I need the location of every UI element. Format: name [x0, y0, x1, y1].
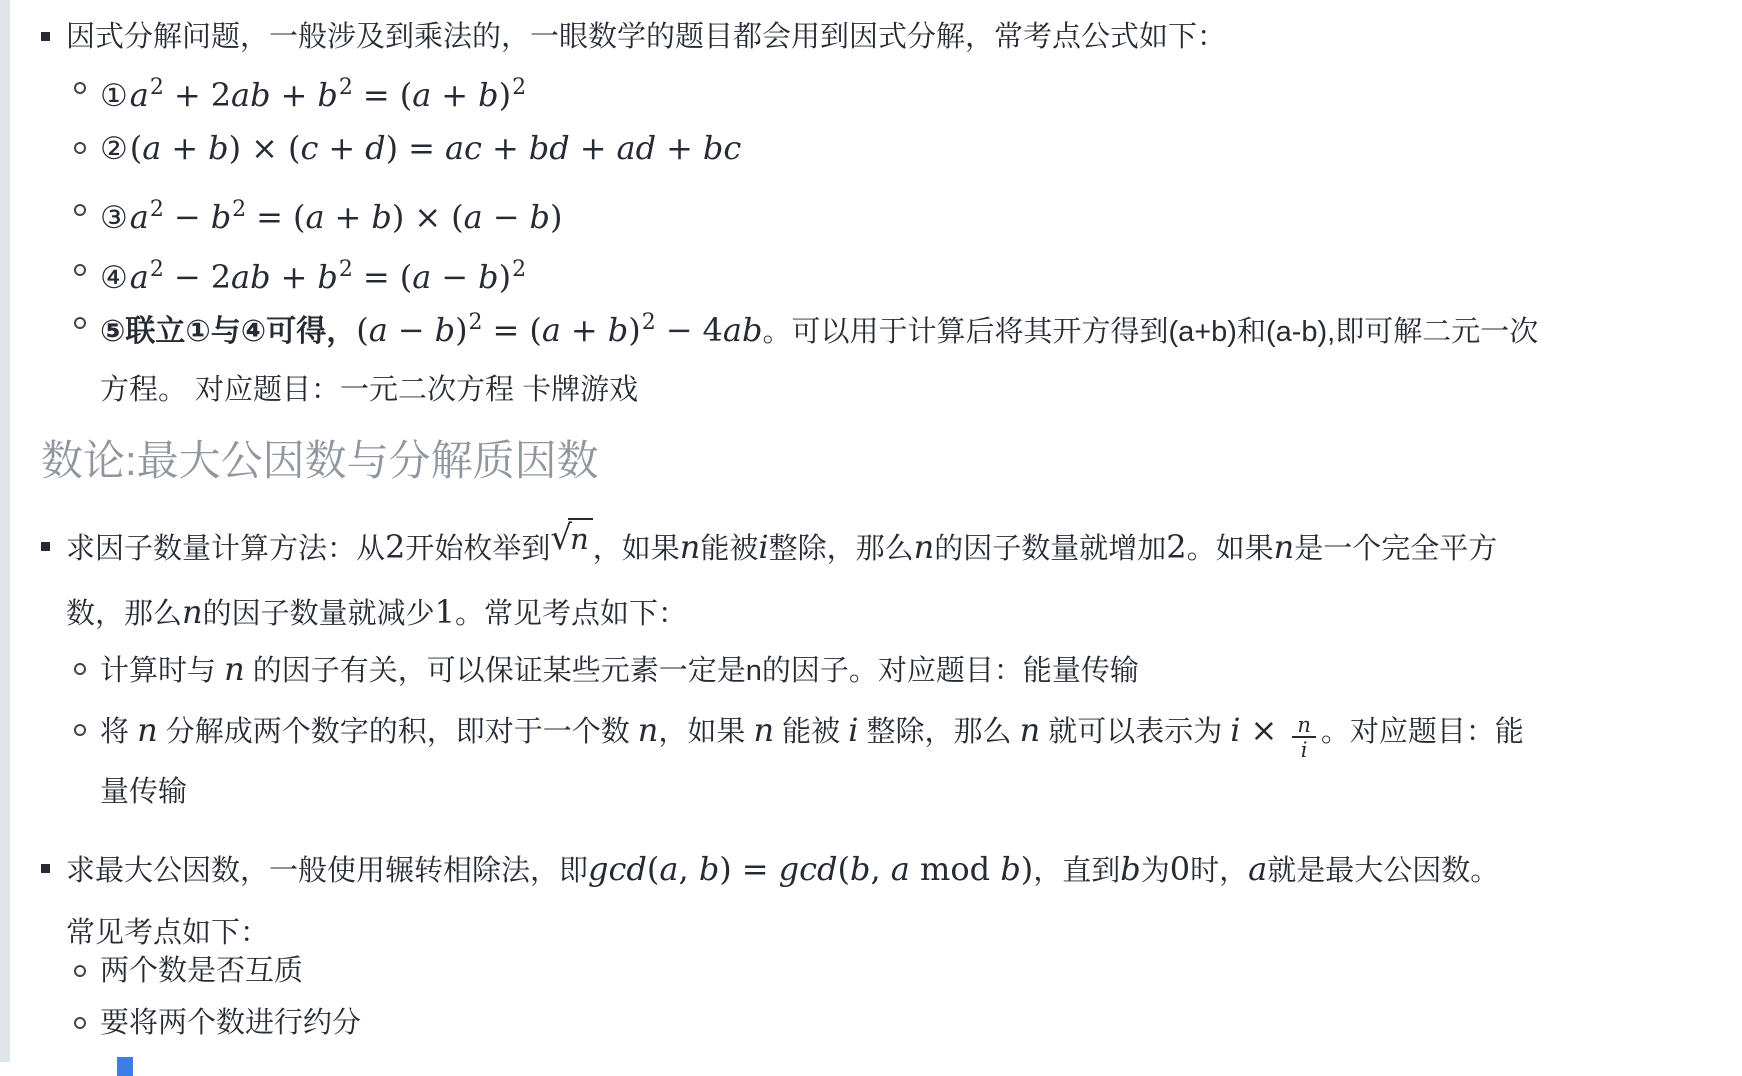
- math-segment: a: [542, 311, 561, 349]
- math-segment: ④: [100, 260, 128, 295]
- math-segment: 2: [512, 257, 526, 282]
- math-segment: d: [365, 129, 385, 167]
- list-item-text: 因式分解问题，一般涉及到乘法的，一眼数学的题目都会用到因式分解，常考点公式如下：: [66, 21, 1226, 53]
- math-segment: (: [451, 198, 463, 236]
- math-segment: n: [182, 593, 203, 631]
- math-segment: a: [130, 76, 149, 114]
- math-segment: +: [441, 76, 468, 114]
- math-segment: a: [369, 311, 388, 349]
- list-item-factorization-intro: 因式分解问题，一般涉及到乘法的，一眼数学的题目都会用到因式分解，常考点公式如下：: [66, 16, 1496, 58]
- math-segment: 整除，那么: [858, 716, 1019, 748]
- math-segment: gcd: [779, 850, 838, 888]
- math-segment: =: [256, 198, 283, 236]
- math-segment: a: [464, 198, 483, 236]
- math-segment: bc: [703, 129, 741, 167]
- formula-text: ①a2+2ab+b2=(a+b)2: [100, 81, 526, 113]
- math-segment: a: [1248, 850, 1267, 888]
- math-segment: (: [130, 129, 142, 167]
- math-segment: b: [211, 198, 231, 236]
- math-segment: n: [1274, 528, 1295, 566]
- math-segment: 时，: [1190, 855, 1248, 887]
- math-segment: 的因子数量就减少: [203, 598, 435, 630]
- math-segment: a: [130, 258, 149, 296]
- math-segment: ×: [414, 198, 441, 236]
- bullet-circle-marker: [74, 142, 86, 154]
- math-segment: 0: [1170, 850, 1190, 888]
- bullet-circle-marker: [74, 317, 86, 329]
- math-segment: +: [666, 129, 693, 167]
- bullet-circle-marker: [74, 264, 86, 276]
- math-segment: 求最大公因数，一般使用辗转相除法，即: [66, 855, 588, 887]
- list-item-factor-count-method: 求因子数量计算方法：从2开始枚举到√n，如果n能被i整除，那么n的因子数量就增加…: [66, 516, 1502, 646]
- math-segment: ,: [678, 850, 698, 888]
- math-segment: 整除，那么: [769, 533, 914, 565]
- math-segment: (: [529, 311, 541, 349]
- math-segment: 计算时与: [100, 655, 224, 687]
- math-segment: a: [891, 850, 910, 888]
- list-item-gcd-point-reduce-fraction: 要将两个数进行约分: [100, 1002, 361, 1044]
- math-segment: ): [386, 129, 398, 167]
- math-segment: ，如果: [593, 533, 680, 565]
- math-segment: ): [719, 850, 731, 888]
- math-segment: a: [142, 129, 161, 167]
- math-segment: 2: [512, 75, 526, 100]
- math-segment: ,: [870, 850, 890, 888]
- bullet-circle-marker: [74, 663, 86, 675]
- math-segment: b: [371, 198, 391, 236]
- list-item-text: 求因子数量计算方法：从2开始枚举到√n，如果n能被i整除，那么n的因子数量就增加…: [66, 533, 1497, 630]
- bullet-square-marker: [41, 864, 50, 873]
- math-segment: =: [363, 258, 390, 296]
- math-segment: gcd: [588, 850, 647, 888]
- math-segment: 2: [339, 75, 353, 100]
- list-item-gcd-point-coprime: 两个数是否互质: [100, 950, 303, 992]
- math-segment: b: [317, 258, 337, 296]
- math-segment: 2: [150, 257, 164, 282]
- math-segment: 4: [703, 311, 723, 349]
- math-segment: ab: [723, 311, 763, 349]
- scrollbar-track[interactable]: [0, 0, 10, 1062]
- math-segment: ): [499, 258, 511, 296]
- math-segment: 2: [211, 258, 231, 296]
- list-item-factor-point-a: 计算时与 n 的因子有关，可以保证某些元素一定是n的因子。对应题目：能量传输: [100, 648, 1540, 692]
- math-segment: −: [441, 258, 468, 296]
- math-segment: −: [174, 198, 201, 236]
- list-item-text: 两个数是否互质: [100, 955, 303, 987]
- math-segment: ad: [617, 129, 657, 167]
- math-segment: 开始枚举到: [405, 533, 550, 565]
- math-segment: b: [608, 311, 628, 349]
- math-segment: 为: [1141, 855, 1170, 887]
- math-segment: ，如果: [658, 716, 753, 748]
- list-item-text: 要将两个数进行约分: [100, 1007, 361, 1039]
- math-segment: =: [493, 311, 520, 349]
- cropped-blue-element[interactable]: [117, 1057, 133, 1076]
- math-segment: ③: [100, 200, 128, 235]
- math-segment: b: [850, 850, 870, 888]
- math-segment: a: [130, 198, 149, 236]
- math-segment: b: [530, 198, 550, 236]
- math-segment: mod: [910, 850, 1000, 888]
- math-segment: c: [300, 129, 318, 167]
- math-segment: ): [455, 311, 467, 349]
- math-segment: +: [281, 76, 308, 114]
- math-segment: ): [392, 198, 404, 236]
- math-segment: i: [758, 528, 768, 566]
- math-segment: 求因子数量计算方法：从: [66, 533, 385, 565]
- math-segment: (: [400, 258, 412, 296]
- math-segment: a: [659, 850, 678, 888]
- math-segment: +: [580, 129, 607, 167]
- math-segment: 2: [385, 528, 405, 566]
- math-segment: ②: [100, 131, 128, 166]
- math-segment: 2: [150, 75, 164, 100]
- math-segment: 分解成两个数字的积，即对于一个数: [158, 716, 638, 748]
- bullet-circle-marker: [74, 965, 86, 977]
- math-segment: ): [628, 311, 640, 349]
- math-segment: (: [356, 311, 368, 349]
- math-segment: +: [281, 258, 308, 296]
- math-segment: 2: [339, 257, 353, 282]
- math-segment: 1: [435, 593, 455, 631]
- math-segment: 2: [469, 310, 483, 335]
- fraction: ni: [1292, 714, 1316, 762]
- math-segment: n: [224, 650, 245, 688]
- heading-number-theory: 数论:最大公因数与分解质因数: [41, 428, 599, 488]
- formula-text: ③a2−b2=(a+b)×(a−b): [100, 203, 562, 235]
- formula-text: ②(a+b)×(c+d)=ac+bd+ad+bc: [100, 134, 741, 166]
- math-segment: =: [742, 850, 769, 888]
- math-segment: 就可以表示为: [1040, 716, 1230, 748]
- bullet-circle-marker: [74, 82, 86, 94]
- bullet-square-marker: [41, 32, 50, 41]
- list-item-text: 求最大公因数，一般使用辗转相除法，即gcd(a, b)=gcd(b, a mod…: [66, 855, 1499, 949]
- math-segment: +: [171, 129, 198, 167]
- formula-product-expansion: ②(a+b)×(c+d)=ac+bd+ad+bc: [100, 120, 741, 178]
- math-segment: (: [288, 129, 300, 167]
- math-segment: b: [478, 76, 498, 114]
- math-segment: a: [412, 76, 431, 114]
- sqrt-expression: √n: [550, 518, 592, 581]
- list-item-text: 计算时与 n 的因子有关，可以保证某些元素一定是n的因子。对应题目：能量传输: [100, 655, 1139, 687]
- math-segment: b: [317, 76, 337, 114]
- math-segment: 2: [150, 197, 164, 222]
- math-segment: i: [1230, 711, 1240, 749]
- math-segment: b: [478, 258, 498, 296]
- math-segment: b: [1120, 850, 1140, 888]
- math-segment: 2: [232, 197, 246, 222]
- math-segment: ab: [231, 76, 271, 114]
- document-page: 因式分解问题，一般涉及到乘法的，一眼数学的题目都会用到因式分解，常考点公式如下：…: [0, 0, 1742, 1076]
- bullet-square-marker: [41, 542, 50, 551]
- math-segment: a: [412, 258, 431, 296]
- formula-difference-of-squares: ③a2−b2=(a+b)×(a−b): [100, 182, 562, 247]
- math-segment: ⑤联立①与④可得，: [100, 315, 356, 348]
- math-segment: 2: [1166, 528, 1186, 566]
- math-segment: b: [208, 129, 228, 167]
- math-segment: n: [1020, 711, 1041, 749]
- math-segment: ab: [231, 258, 271, 296]
- math-segment: 能被: [700, 533, 758, 565]
- list-item-gcd-method: 求最大公因数，一般使用辗转相除法，即gcd(a, b)=gcd(b, a mod…: [66, 838, 1526, 964]
- math-segment: (: [647, 850, 659, 888]
- math-segment: bd: [529, 129, 570, 167]
- math-segment: ): [1021, 850, 1033, 888]
- math-segment: b: [1000, 850, 1020, 888]
- bullet-circle-marker: [74, 1017, 86, 1029]
- math-segment: a: [305, 198, 324, 236]
- formula-square-of-sum: ①a2+2ab+b2=(a+b)2: [100, 60, 526, 125]
- math-segment: i: [848, 711, 858, 749]
- math-segment: +: [571, 311, 598, 349]
- math-segment: +: [328, 129, 355, 167]
- list-item-factor-point-b: 将 n 分解成两个数字的积，即对于一个数 n，如果 n 能被 i 整除，那么 n…: [100, 700, 1542, 822]
- math-segment: +: [492, 129, 519, 167]
- formula-text: ⑤联立①与④可得，(a−b)2=(a+b)2−4ab。可以用于计算后将其开方得到…: [100, 316, 1538, 406]
- formula-combined-identity: ⑤联立①与④可得，(a−b)2=(a+b)2−4ab。可以用于计算后将其开方得到…: [100, 294, 1540, 419]
- math-segment: −: [493, 198, 520, 236]
- math-segment: ): [229, 129, 241, 167]
- math-segment: b: [435, 311, 455, 349]
- math-segment: +: [335, 198, 362, 236]
- formula-text: ④a2−2ab+b2=(a−b)2: [100, 263, 526, 295]
- math-segment: (: [400, 76, 412, 114]
- math-segment: 2: [211, 76, 231, 114]
- math-segment: ): [499, 76, 511, 114]
- math-segment: 的因子有关，可以保证某些元素一定是n的因子。对应题目：能量传输: [245, 655, 1139, 687]
- math-segment: =: [408, 129, 435, 167]
- math-segment: ，直到: [1033, 855, 1120, 887]
- math-segment: −: [174, 258, 201, 296]
- math-segment: 的因子数量就增加: [934, 533, 1166, 565]
- math-segment: ): [550, 198, 562, 236]
- bullet-circle-marker: [74, 204, 86, 216]
- math-segment: ×: [1251, 711, 1278, 749]
- math-segment: −: [398, 311, 425, 349]
- math-segment: n: [137, 711, 158, 749]
- math-segment: +: [174, 76, 201, 114]
- list-item-text: 将 n 分解成两个数字的积，即对于一个数 n，如果 n 能被 i 整除，那么 n…: [100, 716, 1524, 808]
- math-segment: 。如果: [1187, 533, 1274, 565]
- math-segment: b: [699, 850, 719, 888]
- math-segment: 将: [100, 716, 137, 748]
- math-segment: n: [914, 528, 935, 566]
- math-segment: (: [293, 198, 305, 236]
- math-segment: (: [837, 850, 849, 888]
- math-segment: n: [680, 528, 701, 566]
- math-segment: n: [638, 711, 659, 749]
- math-segment: −: [666, 311, 693, 349]
- math-segment: ×: [251, 129, 278, 167]
- bullet-circle-marker: [74, 724, 86, 736]
- math-segment: ①: [100, 78, 128, 113]
- math-segment: =: [363, 76, 390, 114]
- math-segment: 2: [642, 310, 656, 335]
- math-segment: n: [753, 711, 774, 749]
- math-segment: ac: [445, 129, 482, 167]
- math-segment: 能被: [774, 716, 848, 748]
- math-segment: 。常见考点如下：: [455, 598, 687, 630]
